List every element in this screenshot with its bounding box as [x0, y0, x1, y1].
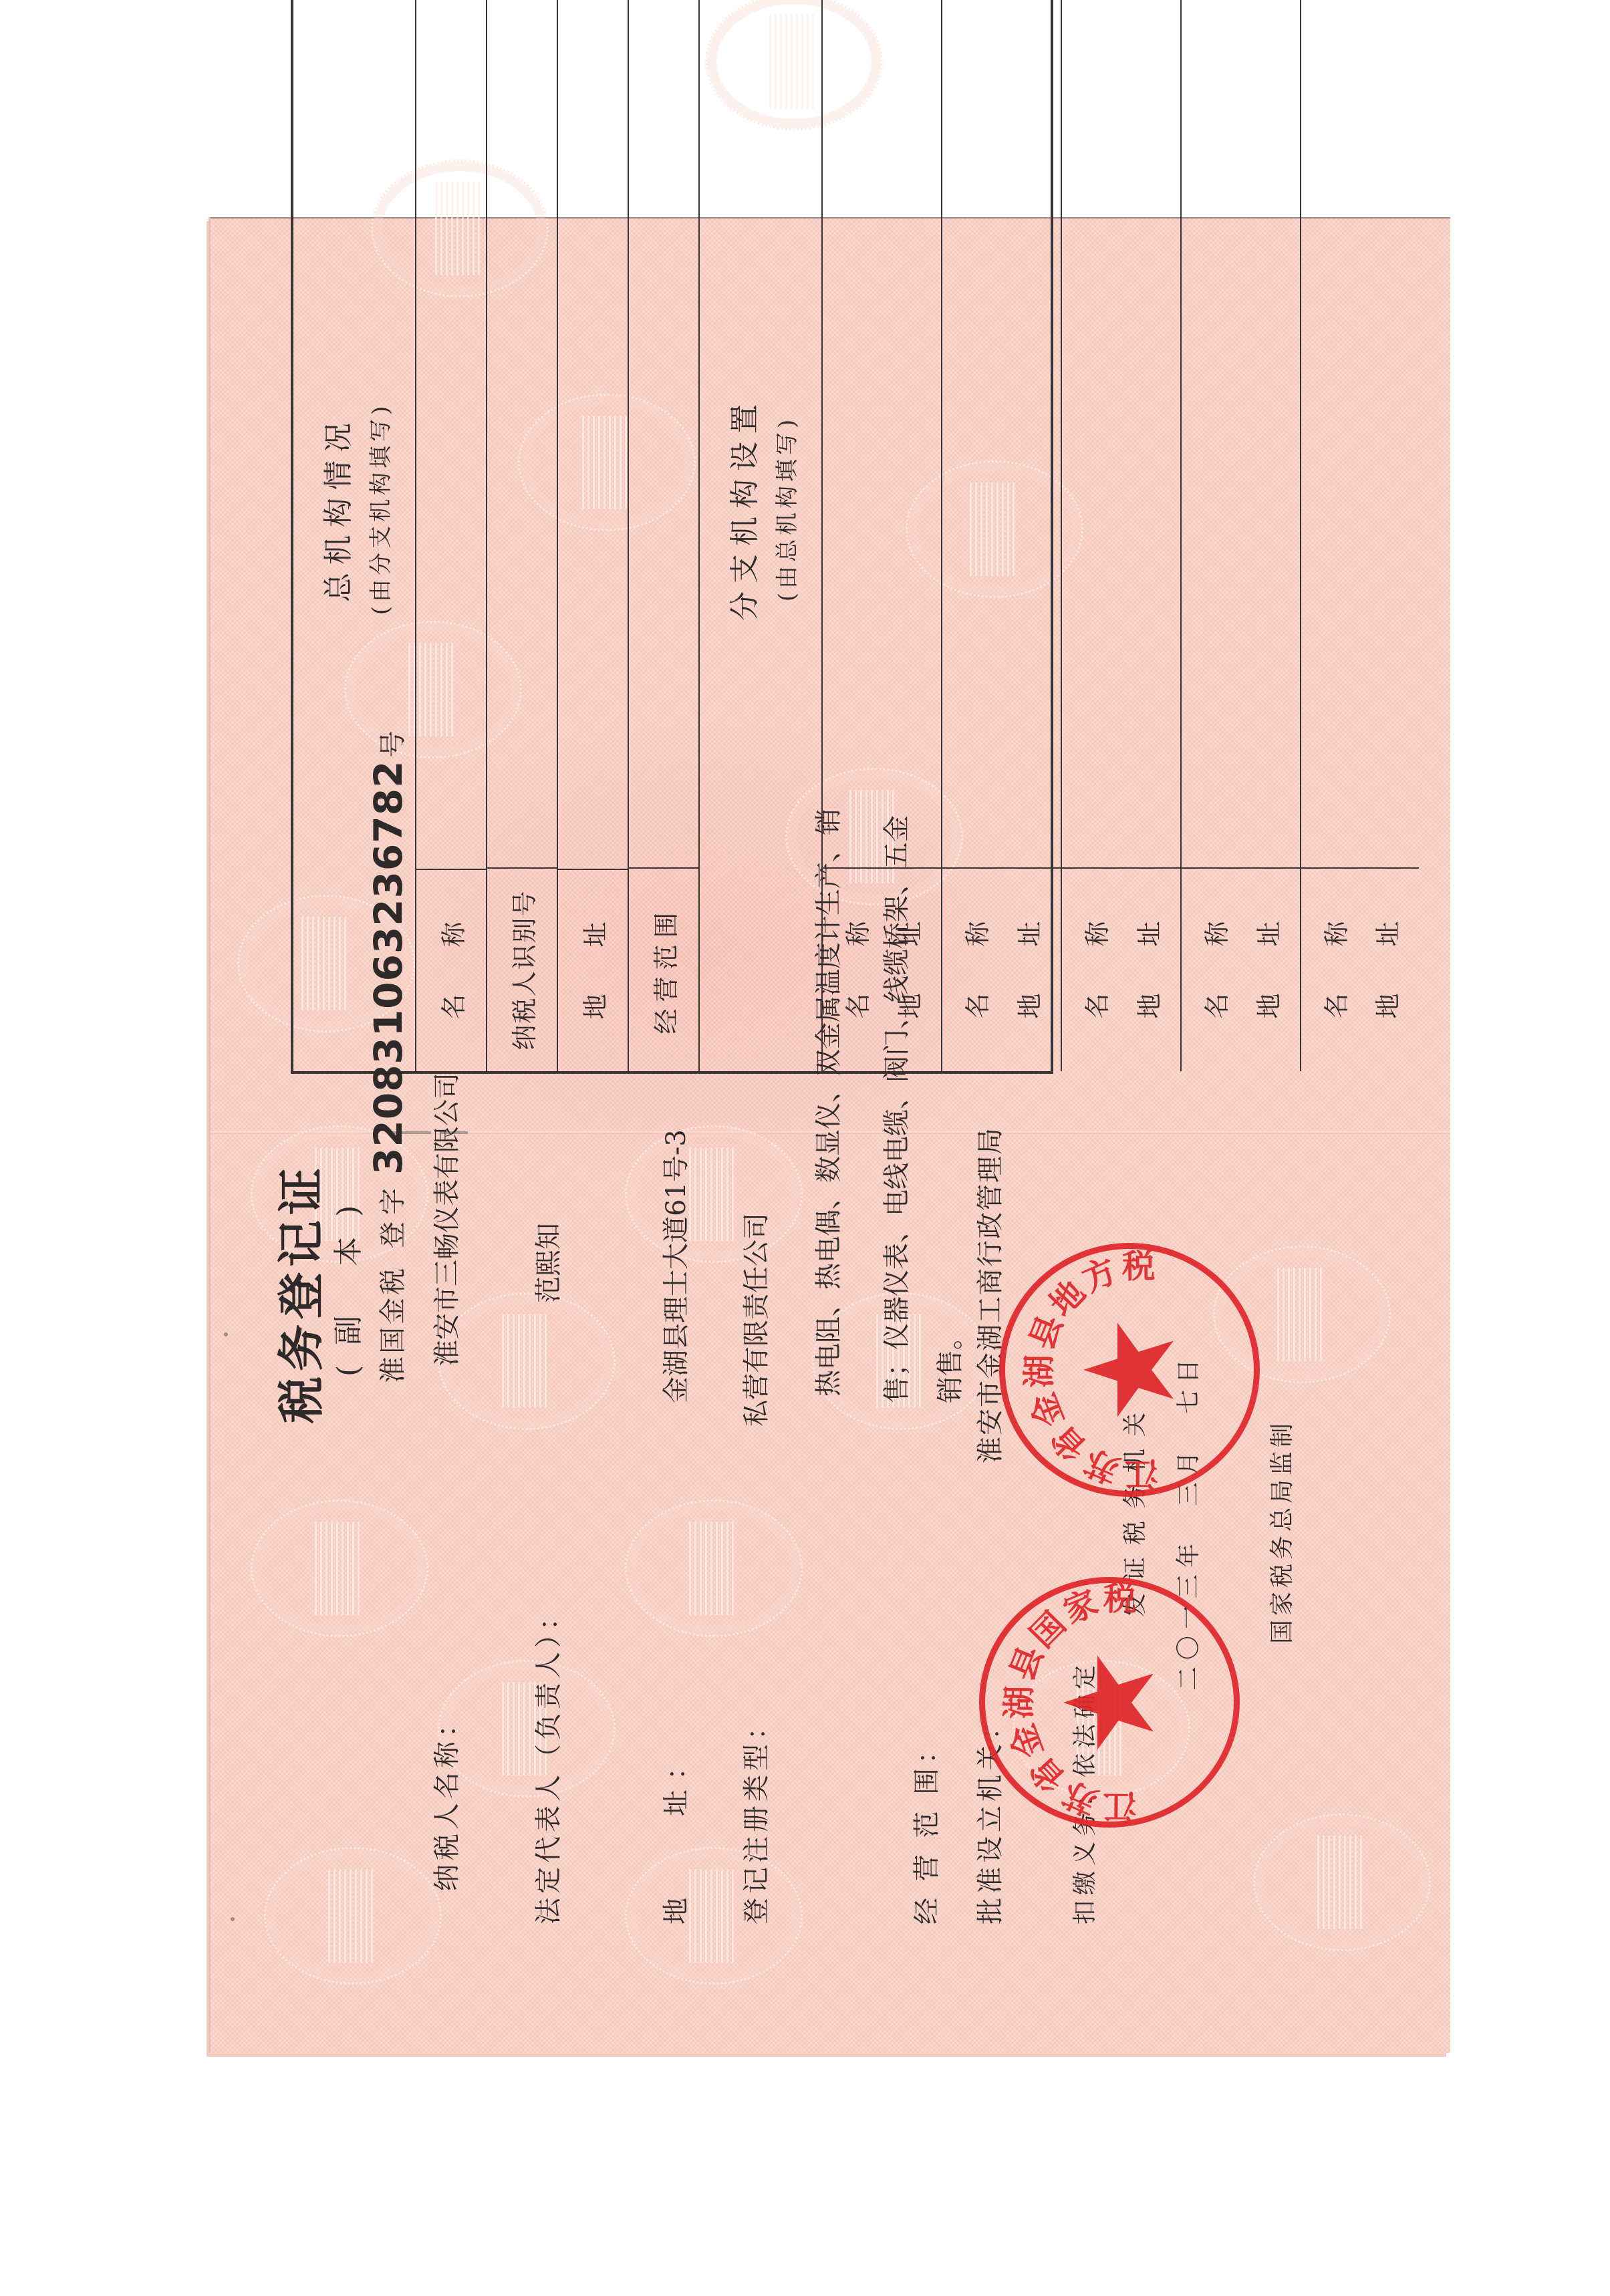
registration-number: 320831063236782: [366, 760, 411, 1175]
certificate-subtitle: (副 本): [324, 1185, 367, 1377]
branch-value: [1182, 0, 1300, 869]
branch-value: [823, 0, 941, 869]
registration-type-value: 私营有限责任公司: [735, 1213, 773, 1427]
branch-row-labels: 名称 地址: [1301, 867, 1419, 1071]
branch-value: [1301, 0, 1419, 869]
front-page: 税务登记证 (副 本) 淮国金税 登字 320831063236782 号 纳税…: [211, 812, 1129, 2051]
branch-row-labels: 名称 地址: [1182, 867, 1300, 1071]
table-row: 名称 地址: [1182, 0, 1301, 1071]
business-scope-line-2: 售；仪器仪表、电线电缆、阀门、线缆桥架、五金: [876, 815, 914, 1403]
taxpayer-name-value: 淮安市三畅仪表有限公司: [426, 1072, 464, 1367]
table-row: 名称 地址: [1301, 0, 1419, 1071]
branch-subtitle: (由总机构填写): [769, 416, 801, 602]
head-office-title: 总机构情况: [314, 415, 357, 602]
star-icon: [1079, 1320, 1180, 1420]
approval-authority-value: 淮安市金湖工商行政管理局: [969, 1127, 1007, 1463]
head-office-name-value: [416, 0, 486, 869]
registration-line: 淮国金税 登字 320831063236782 号: [366, 731, 411, 1383]
label-name: 名称: [1316, 875, 1353, 1066]
branch-value: [942, 0, 1061, 869]
certificate-title: 税务登记证: [264, 1163, 331, 1423]
business-scope-line-1: 热电阻、热电偶、数显仪、双金属温度计生产、销: [807, 809, 845, 1397]
label-address: 地址: [1248, 875, 1285, 1066]
seal-state-tax-bureau: 江苏省金湖县国家税务局: [979, 1577, 1240, 1828]
business-scope-label: 经 营 范 围：: [906, 1733, 944, 1924]
seal-local-tax-bureau: 江苏省金湖县地方税务局: [999, 1243, 1260, 1497]
business-scope-line-3: 销售。: [929, 1323, 967, 1403]
footer-supervisor: 国家税务总局监制: [1263, 1419, 1297, 1644]
legal-rep-label: 法定代表人（负责人）：: [527, 1600, 565, 1924]
label-address: 地址: [1129, 875, 1166, 1066]
head-office-subtitle: (由分支机构填写): [362, 402, 395, 615]
address-label: 地 址：: [655, 1744, 693, 1924]
taxpayer-name-label: 纳税人名称：: [426, 1707, 464, 1891]
address-value: 金湖县理士大道61号-3: [655, 1129, 693, 1403]
registration-type-label: 登记注册类型：: [735, 1709, 773, 1924]
head-office-address-value: [558, 0, 628, 869]
registration-prefix: 淮国金税: [372, 1266, 410, 1383]
branch-value: [1062, 0, 1180, 869]
label-address: 地址: [1367, 875, 1404, 1066]
registration-suffix: 号: [372, 731, 410, 758]
legal-rep-value: 范熙知: [527, 1223, 565, 1303]
label-name: 名称: [1196, 875, 1233, 1066]
head-office-taxpayer-id-value: [487, 0, 557, 869]
branch-title: 分支机构设置: [720, 396, 763, 621]
registration-mid: 登字: [372, 1181, 410, 1248]
head-office-scope-value: [629, 0, 698, 869]
star-icon: [1059, 1653, 1160, 1753]
